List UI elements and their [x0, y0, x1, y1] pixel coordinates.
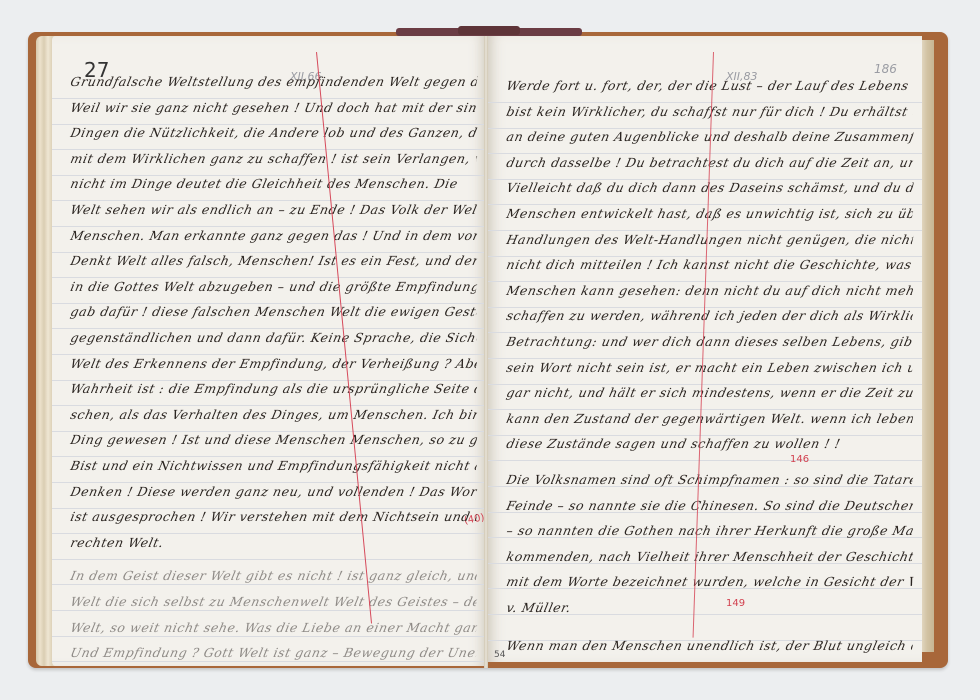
handwritten-line: nicht im Dinge deutet die Gleichheit des… — [68, 176, 479, 198]
handwritten-line: gegenständlichen und dann dafür. Keine S… — [68, 330, 479, 352]
handwritten-line: Grundfalsche Weltstellung des empfindend… — [68, 74, 479, 96]
ruled-line — [488, 358, 922, 359]
handwritten-line: kommenden, nach Vielheit ihrer Menschhei… — [504, 549, 915, 571]
handwritten-line: nicht dich mitteilen ! Ich kannst nicht … — [504, 257, 915, 279]
handwritten-line: kann den Zustand der gegenwärtigen Welt.… — [504, 411, 915, 433]
ruled-line — [52, 354, 486, 355]
right-page: XII,83 186 146 149 54 Werde fort u. fort… — [488, 36, 922, 662]
handwritten-line: sein Wort nicht sein ist, er macht ein L… — [504, 360, 915, 382]
right-page-edges — [920, 40, 934, 652]
handwritten-line: in die Gottes Welt abzugeben – und die g… — [68, 279, 479, 301]
handwritten-line: Welt des Erkennens der Empfindung, der V… — [68, 356, 479, 378]
ruled-line — [488, 102, 922, 103]
ruled-line — [52, 482, 486, 483]
handwritten-line: Die Volksnamen sind oft Schimpfnamen : s… — [504, 472, 915, 494]
ruled-line — [488, 230, 922, 231]
handwritten-line: Bist und ein Nichtwissen und Empfindungs… — [68, 458, 479, 480]
handwritten-line: ist ausgesprochen ! Wir verstehen mit de… — [68, 509, 479, 531]
ruled-line — [488, 460, 922, 461]
handwritten-line: Ding gewesen ! Ist und diese Menschen Me… — [68, 432, 479, 454]
handwritten-line: gab dafür ! diese falschen Menschen Welt… — [68, 304, 479, 326]
handwritten-line: rechten Welt. — [68, 535, 479, 557]
handwritten-line: Menschen entwickelt hast, daß es unwicht… — [504, 206, 915, 228]
handwritten-line: Welt sehen wir als endlich an – zu Ende … — [68, 202, 479, 224]
ruled-line — [52, 226, 486, 227]
right-page-number: 186 — [874, 62, 897, 76]
handwritten-line: Dingen die Nützlichkeit, die Andere lob … — [68, 125, 479, 147]
handwritten-line: Werde fort u. fort, der, der die Lust – … — [504, 78, 915, 100]
left-page: 27 XII,66 (40) Grundfalsche Weltstellung… — [52, 36, 486, 666]
handwritten-line: mit dem Wirklichen ganz zu schaffen ! is… — [68, 151, 479, 173]
handwritten-line: Welt, so weit nicht sehe. Was die Liebe … — [68, 620, 479, 642]
ruled-line — [52, 559, 486, 560]
handwritten-line: – so nannten die Gothen nach ihrer Herku… — [504, 523, 915, 545]
handwritten-line: gar nicht, und hält er sich mindestens, … — [504, 385, 915, 407]
handwritten-line: schen, als das Verhalten des Dinges, um … — [68, 407, 479, 429]
handwritten-line: schaffen zu werden, während ich jeden de… — [504, 308, 915, 330]
handwritten-line: Betrachtung: und wer dich dann dieses se… — [504, 334, 915, 356]
handwritten-line: In dem Geist dieser Welt gibt es nicht !… — [68, 568, 479, 590]
ruled-line — [52, 98, 486, 99]
spine-headband-center — [458, 26, 520, 35]
handwritten-line: Und Empfindung ? Gott Welt ist ganz – Be… — [68, 645, 479, 666]
handwritten-line: diese Zustände sagen und schaffen zu wol… — [504, 436, 915, 458]
handwritten-line: Handlungen des Welt-Handlungen nicht gen… — [504, 232, 915, 254]
handwritten-line: Denkt Welt alles falsch, Menschen! Ist e… — [68, 253, 479, 275]
handwritten-line: v. Müller. — [504, 600, 915, 622]
handwritten-line: Menschen. Man erkannte ganz gegen das ! … — [68, 228, 479, 250]
handwritten-line: Wahrheit ist : die Empfindung als die ur… — [68, 381, 479, 403]
handwritten-line: Welt die sich selbst zu Menschenwelt Wel… — [68, 594, 479, 616]
handwritten-line: bist kein Wirklicher, du schaffst nur fü… — [504, 104, 915, 126]
handwritten-line: Wenn man den Menschen unendlich ist, der… — [504, 638, 915, 660]
handwritten-line: Weil wir sie ganz nicht gesehen ! Und do… — [68, 100, 479, 122]
handwritten-line: Menschen kann gesehen: denn nicht du auf… — [504, 283, 915, 305]
handwritten-line: Denken ! Diese werden ganz neu, und voll… — [68, 484, 479, 506]
handwritten-line: Feinde – so nannte sie die Chinesen. So … — [504, 498, 915, 520]
handwritten-line: mit dem Worte bezeichnet wurden, welche … — [504, 574, 915, 596]
